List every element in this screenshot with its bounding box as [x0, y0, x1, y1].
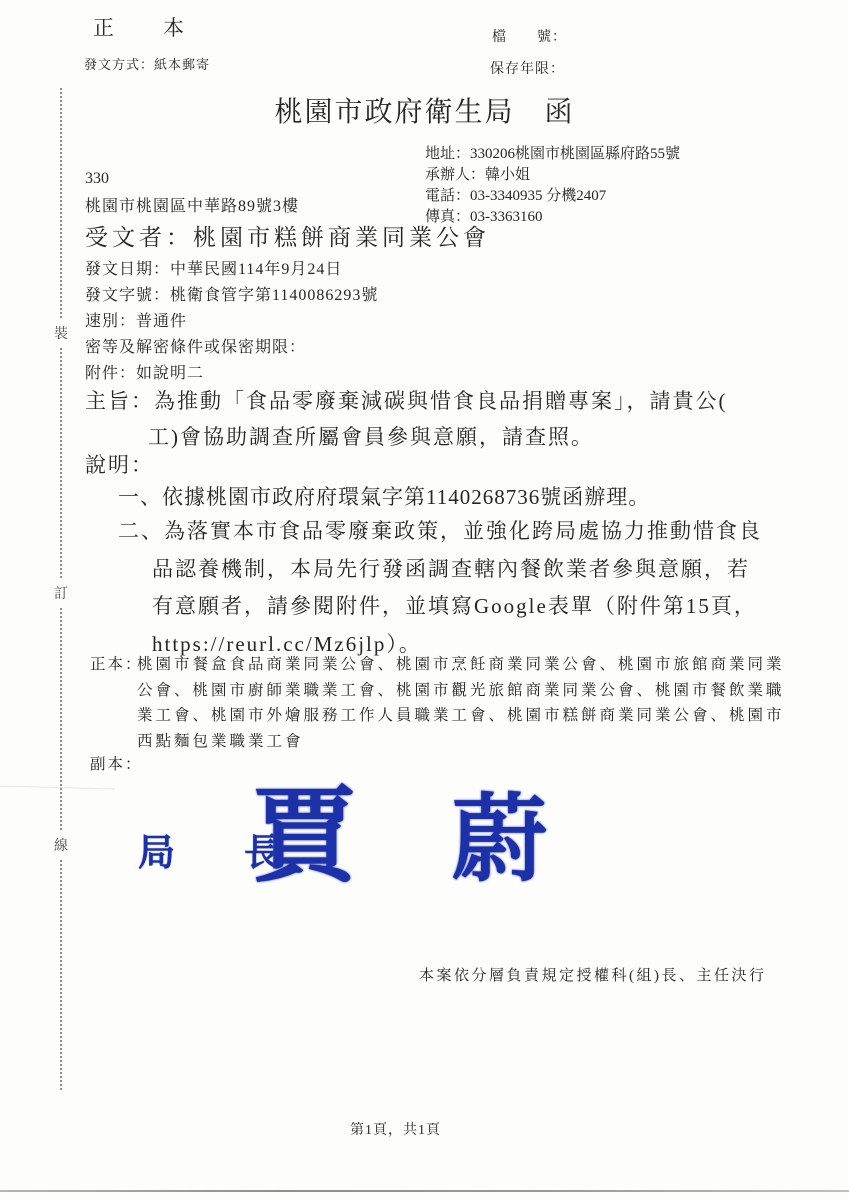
signer-surname-stamp: 賈: [252, 786, 356, 890]
sender-phone: 電話：03-3340935 分機2407: [425, 186, 680, 207]
original-recipients-line-4: 西點麵包業職業工會: [137, 729, 785, 755]
document-meta-block: 發文日期：中華民國114年9月24日 發文字號：桃衛食管字第1140086293…: [85, 257, 378, 387]
file-number-label: 檔 號：: [492, 26, 567, 46]
explanation-item-1: 一、依據桃園市政府府環氣字第1140268736號函辦理。: [118, 481, 650, 511]
original-copy-recipients: 桃園市餐盒食品商業同業公會、桃園市烹飪商業同業公會、桃園市旅館商業同業 公會、桃…: [137, 652, 785, 754]
explanation-item-2-line-1: 二、為落實本市食品零廢棄政策，並強化跨局處協力推動惜食良: [118, 513, 762, 551]
binding-mark-ding: 訂: [49, 580, 73, 606]
subject-block: 主旨：為推動「食品零廢棄減碳與惜食良品捐贈專案」，請貴公( 工)會協助調查所屬會…: [85, 383, 728, 455]
recipient-line: 受文者：桃園市糕餅商業同業公會: [85, 219, 490, 252]
paper-crease: [0, 785, 115, 789]
subject-line-1: 主旨：為推動「食品零廢棄減碳與惜食良品捐贈專案」，請貴公(: [85, 383, 728, 419]
authorization-note: 本案依分層負責規定授權科(組)長、主任決行: [419, 964, 767, 985]
delivery-method: 發文方式：紙本郵寄: [84, 54, 210, 73]
page-number: 第1頁，共1頁: [350, 1119, 441, 1139]
carbon-copy-label: 副本：: [90, 752, 143, 774]
explanation-heading: 說明：: [85, 449, 154, 479]
recipient-postal-code: 330: [85, 170, 109, 188]
sender-contact-person: 承辦人：韓小姐: [425, 165, 680, 186]
original-recipients-line-1: 桃園市餐盒食品商業同業公會、桃園市烹飪商業同業公會、桃園市旅館商業同業: [137, 652, 785, 678]
subject-line-2: 工)會協助調查所屬會員參與意願，請查照。: [148, 419, 728, 455]
copy-type-label: 正 本: [93, 12, 198, 42]
binding-mark-zhuang: 裝: [49, 320, 73, 346]
original-copy-label: 正本：: [90, 652, 143, 674]
original-recipients-line-3: 業工會、桃園市外燴服務工作人員職業工會、桃園市糕餅商業同業公會、桃園市: [137, 703, 785, 729]
issue-date: 發文日期：中華民國114年9月24日: [85, 257, 378, 283]
retention-period-label: 保存年限：: [490, 58, 565, 78]
security-class: 密等及解密條件或保密期限：: [85, 335, 378, 361]
scan-page-edge: [0, 1190, 849, 1192]
original-recipients-line-2: 公會、桃園市廚師業職業工會、桃園市觀光旅館商業同業公會、桃園市餐飲業職: [137, 678, 785, 704]
explanation-item-2-line-3: 有意願者，請參閱附件，並填寫Google表單（附件第15頁，: [152, 588, 762, 626]
scanned-official-letter: 裝 訂 線 正 本 發文方式：紙本郵寄 檔 號： 保存年限： 桃園市政府衛生局 …: [0, 0, 849, 1200]
recipient-mailing-address: 桃園市桃園區中華路89號3樓: [85, 193, 299, 216]
explanation-item-2-line-2: 品認養機制，本局先行發函調查轄內餐飲業者參與意願，若: [152, 551, 762, 589]
binding-mark-xian: 線: [49, 832, 73, 858]
signer-given-name-stamp: 蔚: [452, 793, 547, 888]
document-title: 桃園市政府衛生局 函: [0, 90, 849, 130]
speed-class: 速別：普通件: [85, 309, 378, 335]
sender-info-block: 地址：330206桃園市桃園區縣府路55號 承辦人：韓小姐 電話：03-3340…: [425, 144, 680, 228]
sender-address: 地址：330206桃園市桃園區縣府路55號: [425, 144, 680, 165]
explanation-item-2: 二、為落實本市食品零廢棄政策，並強化跨局處協力推動惜食良 品認養機制，本局先行發…: [118, 513, 762, 663]
document-number: 發文字號：桃衛食管字第1140086293號: [85, 283, 378, 309]
